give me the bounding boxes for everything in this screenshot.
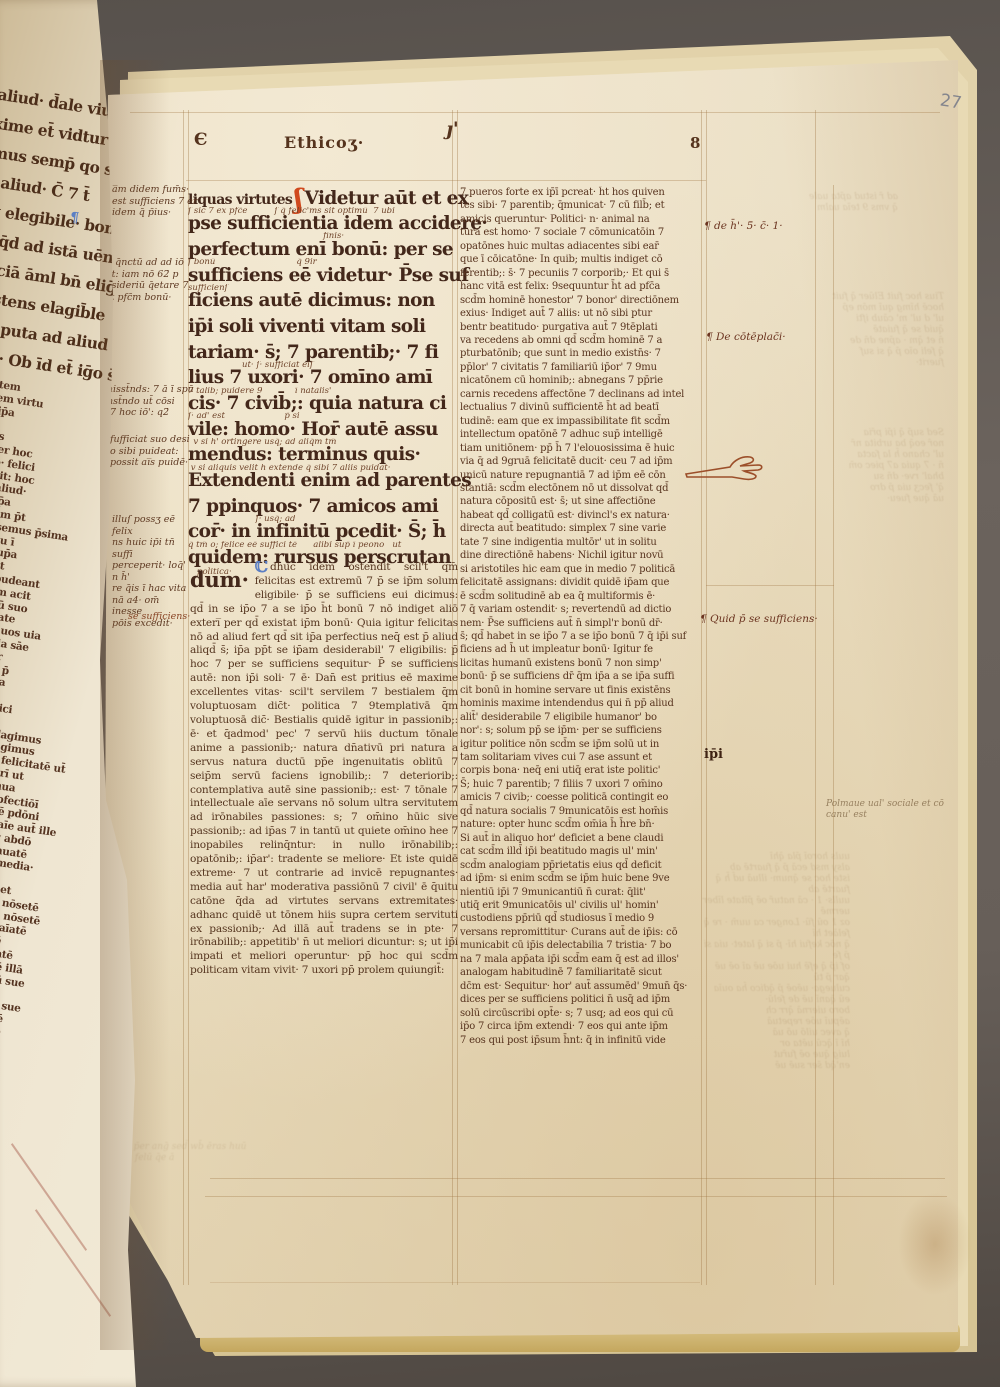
margin-note-faint-cursive: Polmaue ual' sociale et cō canu' est (826, 799, 976, 820)
commentary-left-column: dum· ℂ dhuc idem ostendit scil't qm̄ fel… (190, 561, 458, 1041)
manicule-icon (684, 450, 768, 492)
showthrough-text: uuls horoī p̄la q̄hī alsy msd ecā p̄ q̄ … (698, 852, 850, 1072)
margin-note-self-sufficiency: ¶ Quid p̄ se sufficiens· (700, 613, 818, 625)
margin-note-ipi: ip̄i (704, 747, 723, 762)
lemma-text: lius 7 uxori· 7 omīno amī (188, 370, 456, 385)
lemma-text: ficiens autē dicimus: non (188, 293, 456, 308)
parchment-stain (898, 1192, 972, 1296)
running-title: Ethicoʒ· (284, 133, 364, 152)
ruling-vertical (706, 110, 707, 1285)
ruling-horizontal (210, 1282, 700, 1283)
showthrough-text: Sed sup̄ q̄ ip̄i pr̄ia nor̄ eoq̄ ba urbi… (840, 428, 944, 505)
lemma-line: ſ· usq̄; ad cor̄· in infinitū pcedit· S̄… (188, 515, 456, 541)
lemma-text: cis· 7 civib̄;: quia natura ci (188, 396, 456, 411)
lemma-line: v si aliquis velit h̄ extende q̄ sibi 7 … (188, 464, 456, 490)
lemma-text: ip̄i soli viventi vitam soli (188, 319, 456, 334)
ruling-horizontal (130, 112, 940, 113)
lemma-line: ſ sic 7 ex pfc̄e ſ q̄ felic'ms sit optim… (188, 207, 456, 233)
lemma-text: Videtur aūt et ex (305, 188, 469, 209)
lemma-lines: ſ sic 7 ex pfc̄e ſ q̄ felic'ms sit optim… (188, 207, 456, 567)
lemma-column: liquas virtutesʃVidetur aūt et ex ſ sic … (188, 181, 456, 566)
commentary-right-column: 7 pueros forte ex ip̄ī pcreat· h̄t hos q… (460, 186, 706, 1052)
lemma-text: mendus: terminus quis· (188, 447, 456, 462)
gutter-shadow (100, 60, 170, 1350)
margin-note-reference: ¶ de h̄'· 5̄· c̄· 1· (704, 220, 783, 232)
folio-number-pencil: 27 (939, 90, 964, 113)
lemma-text: tariam· s̄; 7 parentib;· 7 fi (188, 345, 456, 360)
commentary-text: dhuc idem ostendit scil't qm̄ felicitas … (190, 561, 458, 976)
showthrough-text: Tius hoc fuit Elūer q̄ fuit hocē hīmg qu… (824, 292, 944, 369)
lemma-line: ſ· ad' est p̄ si vile: homo· Hor̄ autē a… (188, 412, 456, 438)
lemma-line: 7 talib̄; puidere 9̄ ī natalis' cis· 7 c… (188, 387, 456, 413)
lemma-line: ip̄i soli viventi vitam soli (188, 309, 456, 335)
lemma-line-first: liquas virtutesʃVidetur aūt et ex (188, 181, 456, 207)
lemma-text: cor̄· in infinitū pcedit· S̄; h̄ (188, 524, 456, 539)
lemma-tail: dum· (190, 573, 249, 587)
lemma-text: perfectum enī bonū: per se (188, 242, 456, 257)
blue-initial: ℂ (255, 561, 268, 575)
lemma-line: sufficienſ ficiens autē dicimus: non (188, 284, 456, 310)
lemma-text: sufficiens eē videtur· P̄se suf (188, 268, 456, 283)
ruling-horizontal (205, 1196, 947, 1197)
lemma-line: tariam· s̄; 7 parentib;· 7 fi (188, 335, 456, 361)
lemma-text: Extendenti enim ad parentes (188, 473, 456, 488)
lemma-text: vile: homo· Hor̄ autē assu (188, 422, 456, 437)
lemma-text: liquas virtutes (188, 192, 292, 208)
ruling-horizontal (210, 1178, 945, 1179)
showthrough-text: ad r̄ istud ap̄ta uale q̄ vms 9 teīa ual… (748, 192, 898, 214)
book-numeral: ȷ' (446, 118, 459, 140)
lemma-text: 7 ppinquos· 7 amicos ami (188, 499, 456, 514)
ruling-horizontal (706, 585, 834, 586)
quire-mark: 8 (690, 134, 700, 152)
lemma-line: ſ bonū q̄ 9ir sufficiens eē videtur· P̄s… (188, 258, 456, 284)
margin-note-contemplation: ¶ De cōtēplac̄i· (706, 331, 786, 343)
ruling-vertical (815, 110, 816, 1285)
lemma-text: pse sufficientia idem accidere· (188, 216, 456, 231)
manuscript-photo: Є Ethicoʒ· ȷ' 8 27 ad r̄ istud ap̄ta ual… (0, 0, 1000, 1387)
lemma-line: ut· ſ· sufficiat eiſ lius 7 uxori· 7 omī… (188, 361, 456, 387)
lemma-line: finis· perfectum enī bonū: per se (188, 232, 456, 258)
red-ruling-line (11, 1143, 87, 1251)
header-paraph-mark: Є (194, 130, 208, 150)
lemma-line: v si h̄' ortingere usq̄; ad aliq̄m tm̄ m… (188, 438, 456, 464)
lemma-line: 7 ppinquos· 7 amicos ami (188, 489, 456, 515)
